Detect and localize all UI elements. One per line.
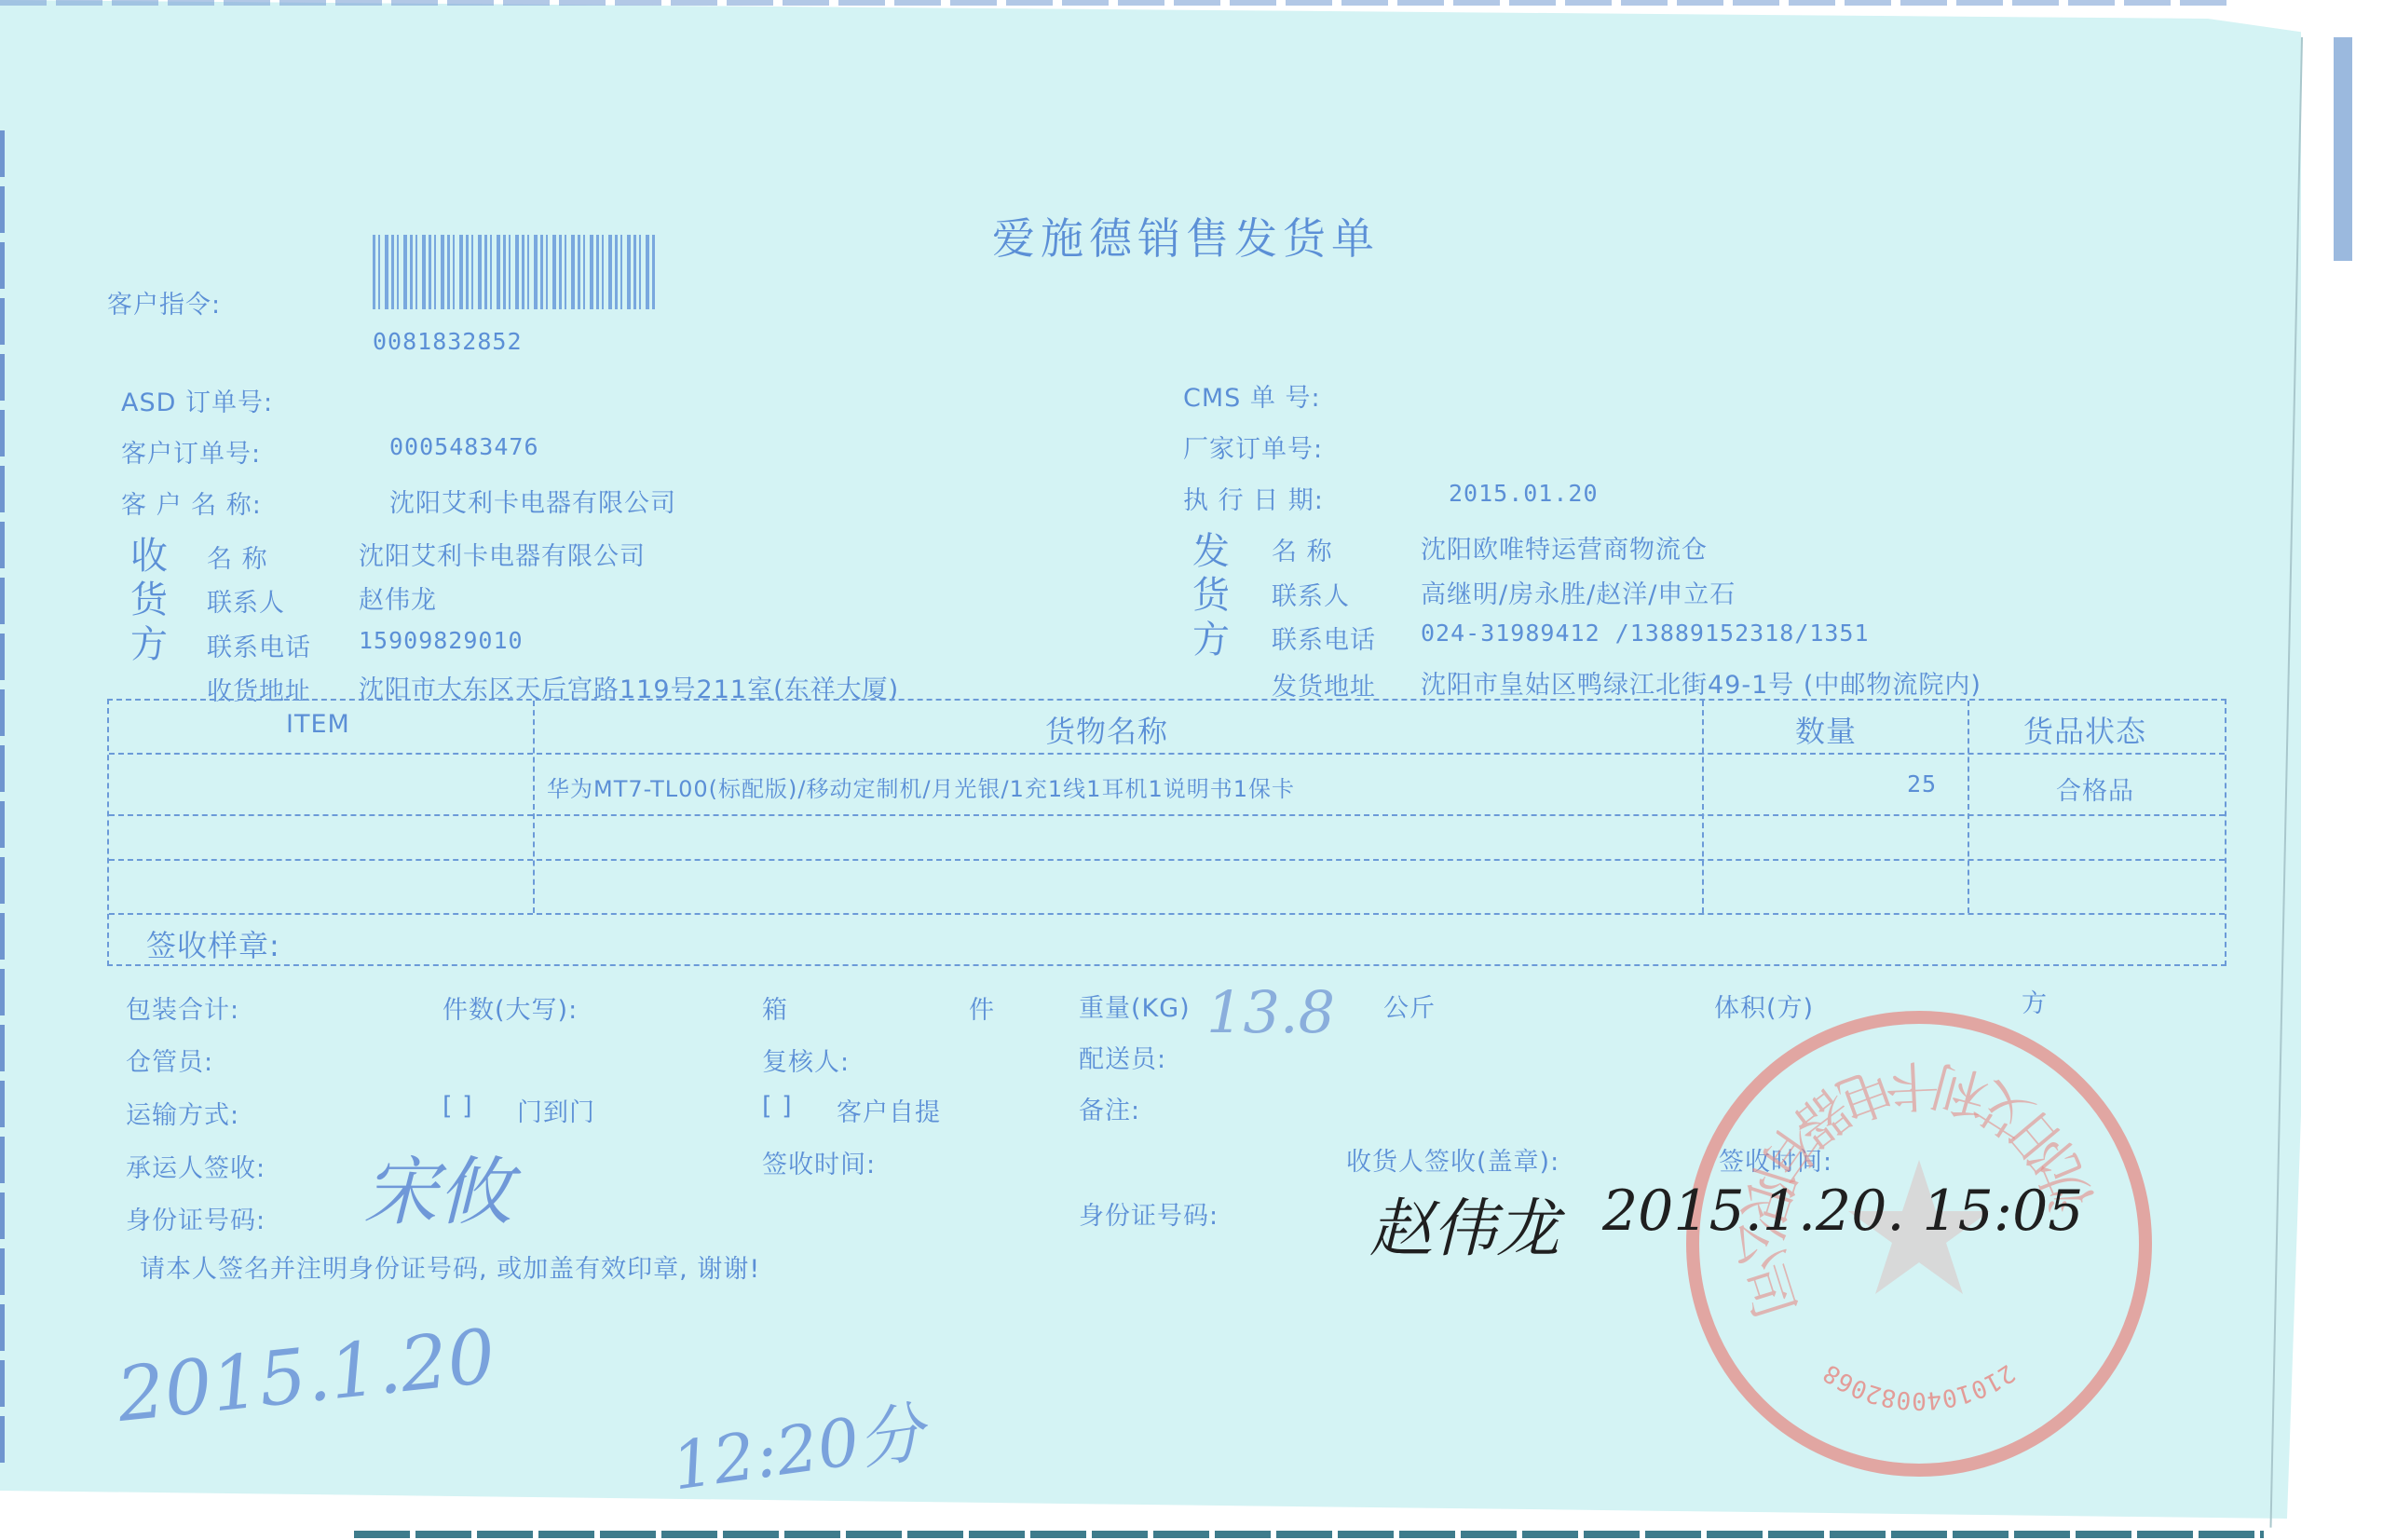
notice-text: 请本人签名并注明身份证号码, 或加盖有效印章, 谢谢! (140, 1248, 760, 1285)
perforation-top (0, 0, 2236, 6)
row-status: 合格品 (2056, 770, 2134, 807)
sender-phone-label: 联系电话 (1272, 620, 1376, 656)
svg-text:沈阳艾利卡电器有限公司: 沈阳艾利卡电器有限公司 (1686, 1011, 2106, 1329)
receiver-phone-label: 联系电话 (207, 627, 311, 663)
sender-address-label: 发货地址 (1272, 666, 1376, 702)
paper-edge-strip (2334, 37, 2352, 261)
piece-label: 件 (969, 989, 995, 1026)
sender-contact-label: 联系人 (1272, 576, 1350, 612)
exec-date-value: 2015.01.20 (1449, 480, 1599, 507)
carrier-signature: 宋攸 (363, 1132, 512, 1239)
row-qty: 25 (1907, 770, 1937, 797)
items-table: ITEM 货物名称 数量 货品状态 华为MT7-TL00(标配版)/移动定制机/… (107, 699, 2226, 966)
row-goods-name: 华为MT7-TL00(标配版)/移动定制机/月光银/1充1线1耳机1说明书1保卡 (547, 770, 1295, 803)
svg-text:2101040082068: 2101040082068 (1818, 1358, 2020, 1414)
sender-name-label: 名 称 (1272, 531, 1333, 567)
receiver-signature: 赵伟龙 (1369, 1179, 1559, 1269)
company-seal: 2101040082068 沈阳艾利卡电器有限公司 (1686, 1011, 2152, 1477)
reviewer-label: 复核人: (762, 1042, 850, 1078)
sender-contact-value: 高继明/房永胜/赵洋/申立石 (1421, 574, 1736, 610)
sender-name-value: 沈阳欧唯特运营商物流仓 (1421, 529, 1708, 566)
sender-side-label-3: 方 (1192, 610, 1231, 663)
weight-unit: 公斤 (1383, 988, 1436, 1024)
remark-label: 备注: (1079, 1090, 1140, 1126)
receiver-sign-label: 收货人签收(盖章): (1346, 1141, 1559, 1178)
id-number-label: 身份证号码: (126, 1200, 266, 1236)
asd-order-label: ASD 订单号: (121, 382, 273, 418)
receiver-contact-label: 联系人 (207, 582, 285, 619)
column-header-status: 货品状态 (2023, 708, 2146, 751)
seal-company: 沈阳艾利卡电器有限公司 (1686, 1011, 2106, 1329)
receiver-name-label: 名 称 (207, 538, 268, 575)
factory-order-label: 厂家订单号: (1183, 429, 1323, 465)
weight-value: 13.8 (1206, 978, 1335, 1046)
carrier-sign-label: 承运人签收: (126, 1148, 266, 1184)
column-header-item: ITEM (286, 710, 350, 739)
customer-name-label: 客 户 名 称: (121, 484, 262, 521)
receiver-id-label: 身份证号码: (1079, 1195, 1219, 1232)
self-pickup-checkbox[interactable]: [ ] (762, 1092, 793, 1121)
door-to-door-checkbox[interactable]: [ ] (443, 1092, 473, 1121)
package-total-label: 包装合计: (126, 989, 239, 1026)
box-label: 箱 (762, 989, 788, 1026)
document-title: 爱施德销售发货单 (992, 205, 1380, 266)
receiver-contact-value: 赵伟龙 (359, 579, 437, 616)
exec-date-label: 执 行 日 期: (1183, 480, 1324, 516)
barcode (373, 235, 657, 309)
column-header-qty: 数量 (1795, 708, 1857, 751)
receiver-name-value: 沈阳艾利卡电器有限公司 (359, 536, 646, 572)
customer-instruction-label: 客户指令: (107, 284, 221, 320)
customer-instruction-value: 0081832852 (373, 328, 523, 355)
customer-name-value: 沈阳艾利卡电器有限公司 (389, 483, 676, 519)
sender-address-value: 沈阳市皇姑区鸭绿江北街49-1号 (中邮物流院内) (1421, 664, 1981, 701)
customer-order-label: 客户订单号: (121, 433, 261, 470)
receiver-side-label-3: 方 (130, 615, 169, 668)
seal-number: 2101040082068 (1818, 1358, 2020, 1414)
column-header-name: 货物名称 (1045, 708, 1168, 751)
door-to-door-label: 门到门 (517, 1092, 595, 1128)
sign-sample-label: 签收样章: (146, 922, 280, 965)
pieces-upper-label: 件数(大写): (443, 989, 578, 1026)
transport-label: 运输方式: (126, 1095, 239, 1131)
sender-phone-value: 024-31989412 /13889152318/1351 (1421, 620, 1870, 647)
deliverer-label: 配送员: (1079, 1039, 1166, 1075)
perforation-left (0, 130, 5, 1472)
receiver-sign-time-value: 2015.1.20. 15:05 (1602, 1179, 2083, 1244)
sign-time-label: 签收时间: (762, 1144, 876, 1180)
customer-order-value: 0005483476 (389, 433, 539, 460)
self-pickup-label: 客户自提 (837, 1092, 941, 1128)
receiver-phone-value: 15909829010 (359, 627, 524, 654)
warehouse-keeper-label: 仓管员: (126, 1042, 213, 1078)
weight-label: 重量(KG) (1079, 988, 1191, 1024)
cms-label: CMS 单 号: (1183, 377, 1321, 414)
perforation-bottom (354, 1531, 2264, 1538)
